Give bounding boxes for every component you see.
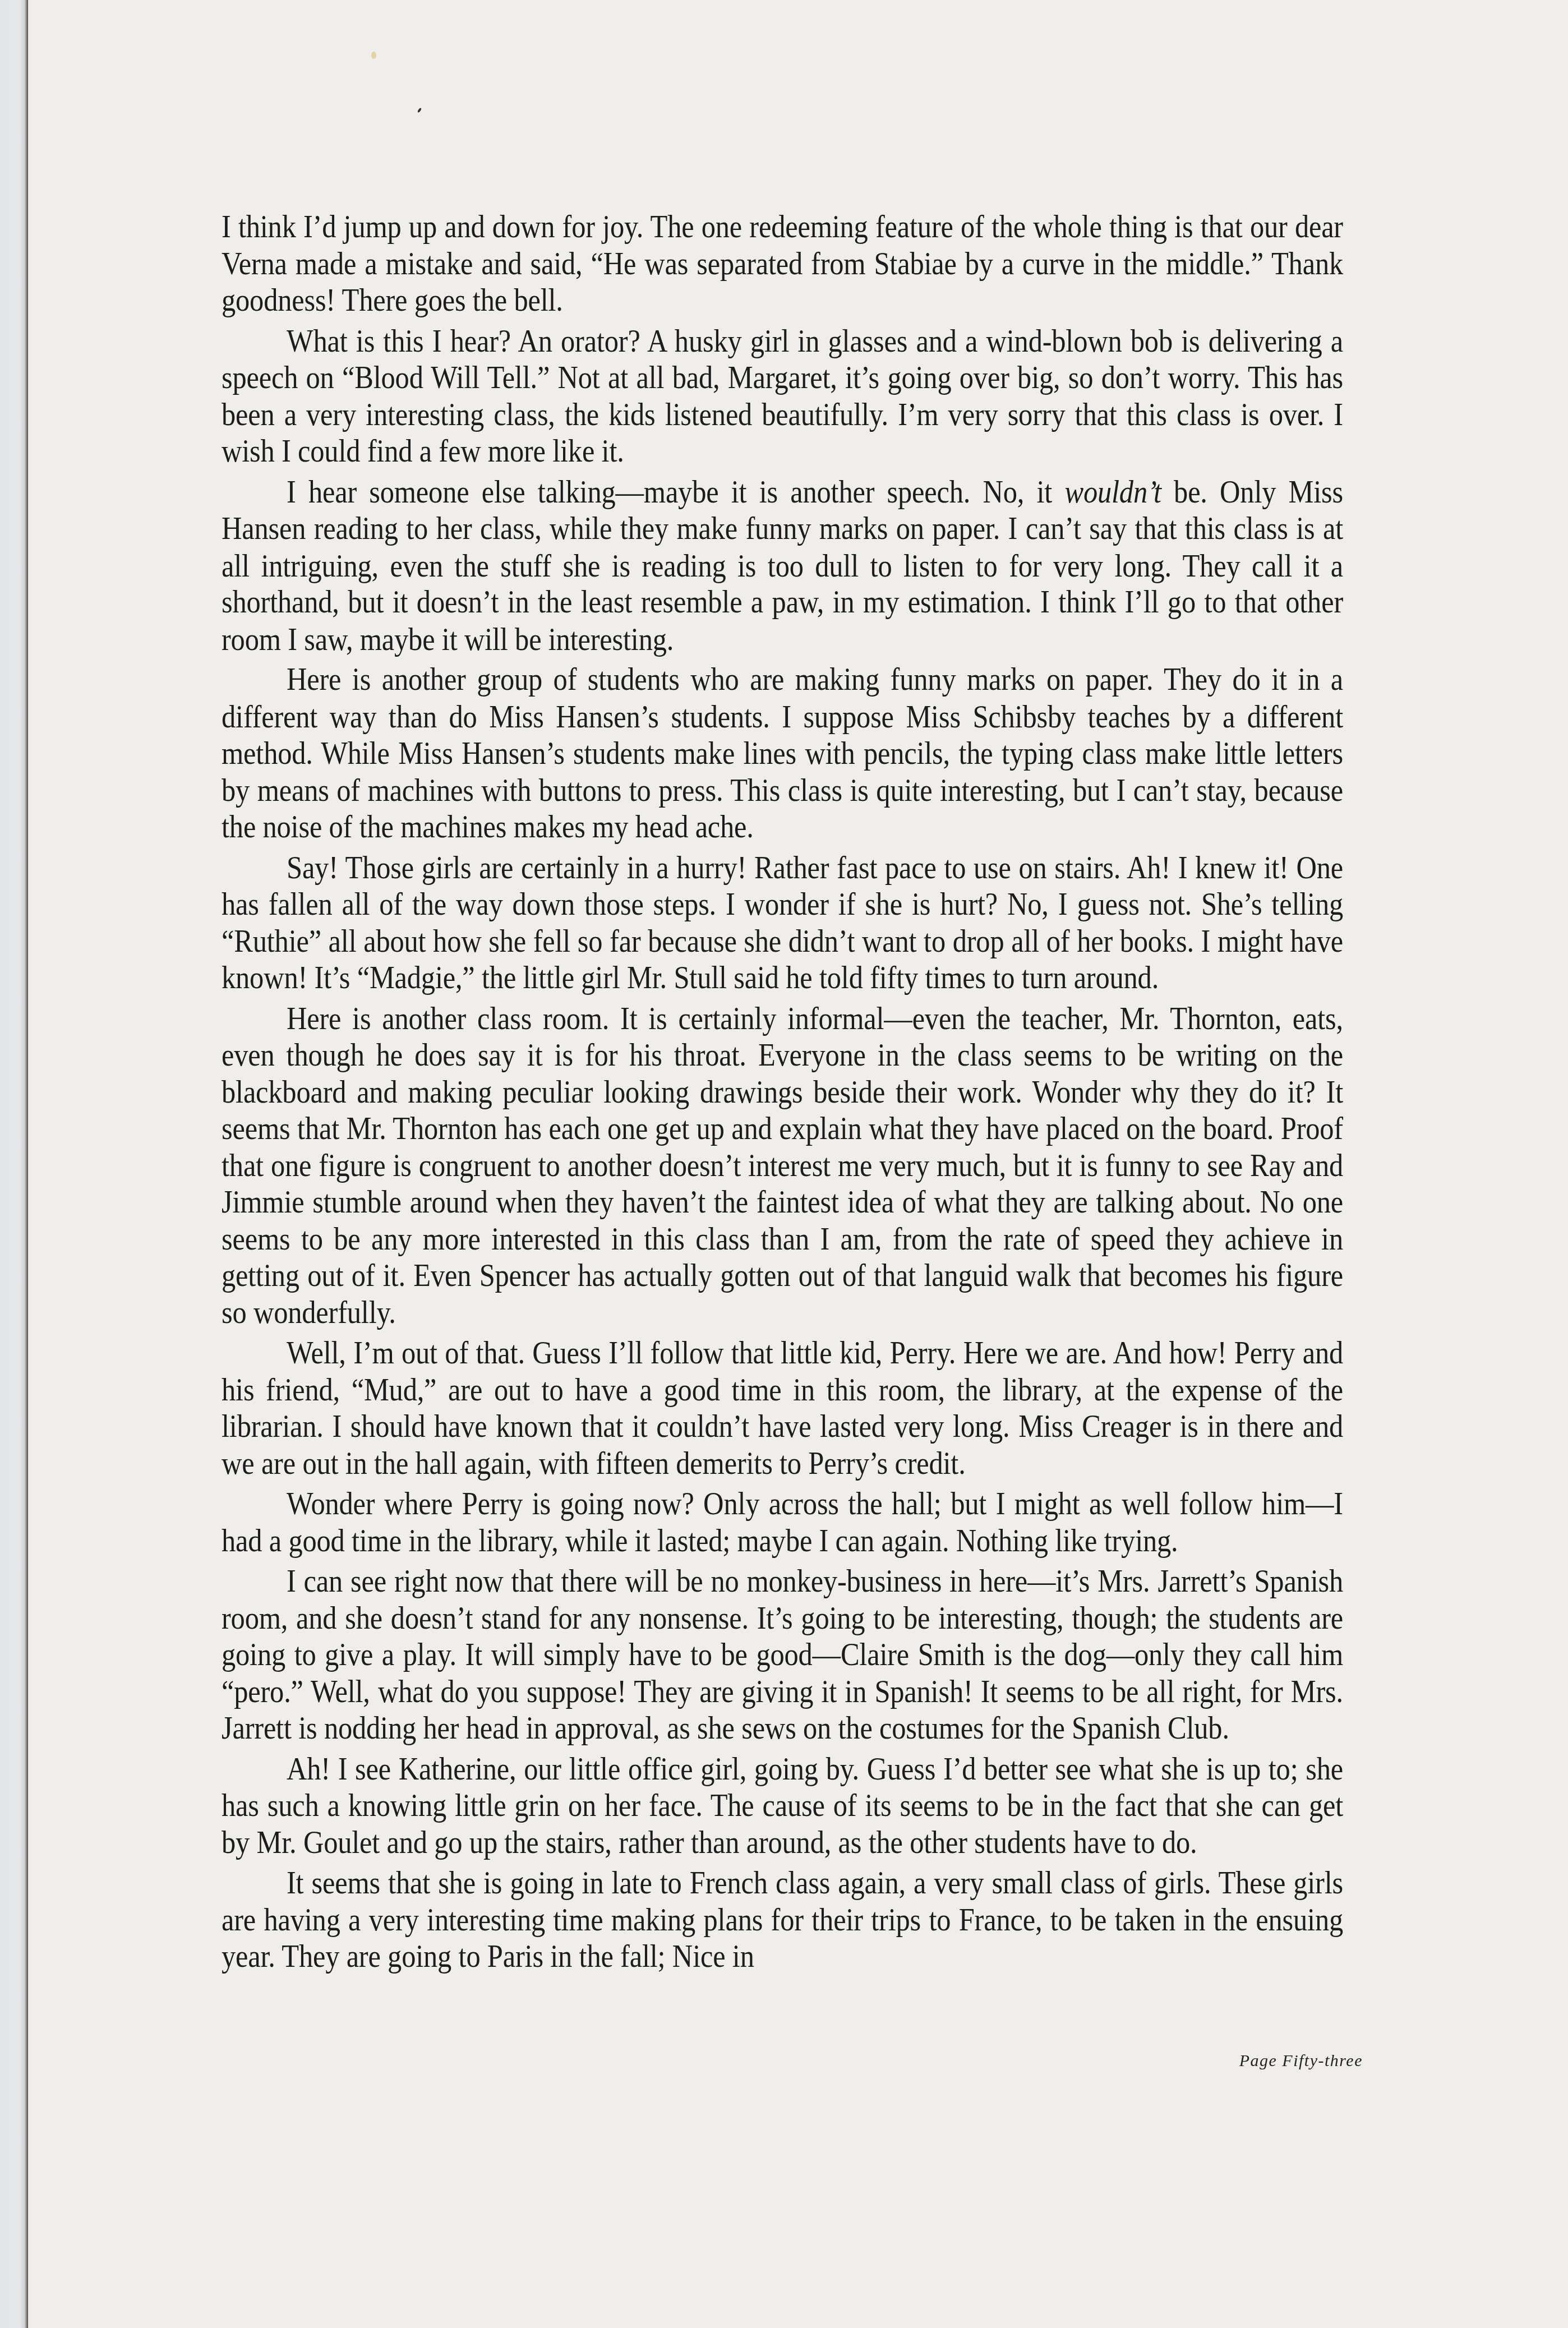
- page-number: Page Fifty-three: [1195, 2052, 1363, 2071]
- body-text: I think I’d jump up and down for joy. Th…: [222, 209, 1343, 1979]
- paragraph: Here is another class room. It is certai…: [222, 1000, 1343, 1331]
- paragraph: I hear someone else talking—maybe it is …: [222, 474, 1343, 658]
- paragraph: Here is another group of students who ar…: [222, 661, 1343, 845]
- paragraph: Well, I’m out of that. Guess I’ll follow…: [222, 1335, 1343, 1482]
- paragraph: Say! Those girls are certainly in a hurr…: [222, 849, 1343, 996]
- paper-stain: [371, 52, 376, 59]
- paragraph: Ah! I see Katherine, our little office g…: [222, 1750, 1343, 1861]
- italic-emphasis: wouldn’t: [1064, 474, 1161, 510]
- ink-mark: [417, 108, 422, 113]
- paragraph: I can see right now that there will be n…: [222, 1563, 1343, 1747]
- paragraph: It seems that she is going in late to Fr…: [222, 1865, 1343, 1975]
- paragraph: Wonder where Perry is going now? Only ac…: [222, 1486, 1343, 1559]
- paragraph: What is this I hear? An orator? A husky …: [222, 322, 1343, 469]
- book-spine-shadow: [0, 0, 28, 2328]
- paragraph: I think I’d jump up and down for joy. Th…: [222, 209, 1343, 319]
- paragraph-text: I hear someone else talking—maybe it is …: [287, 474, 1064, 510]
